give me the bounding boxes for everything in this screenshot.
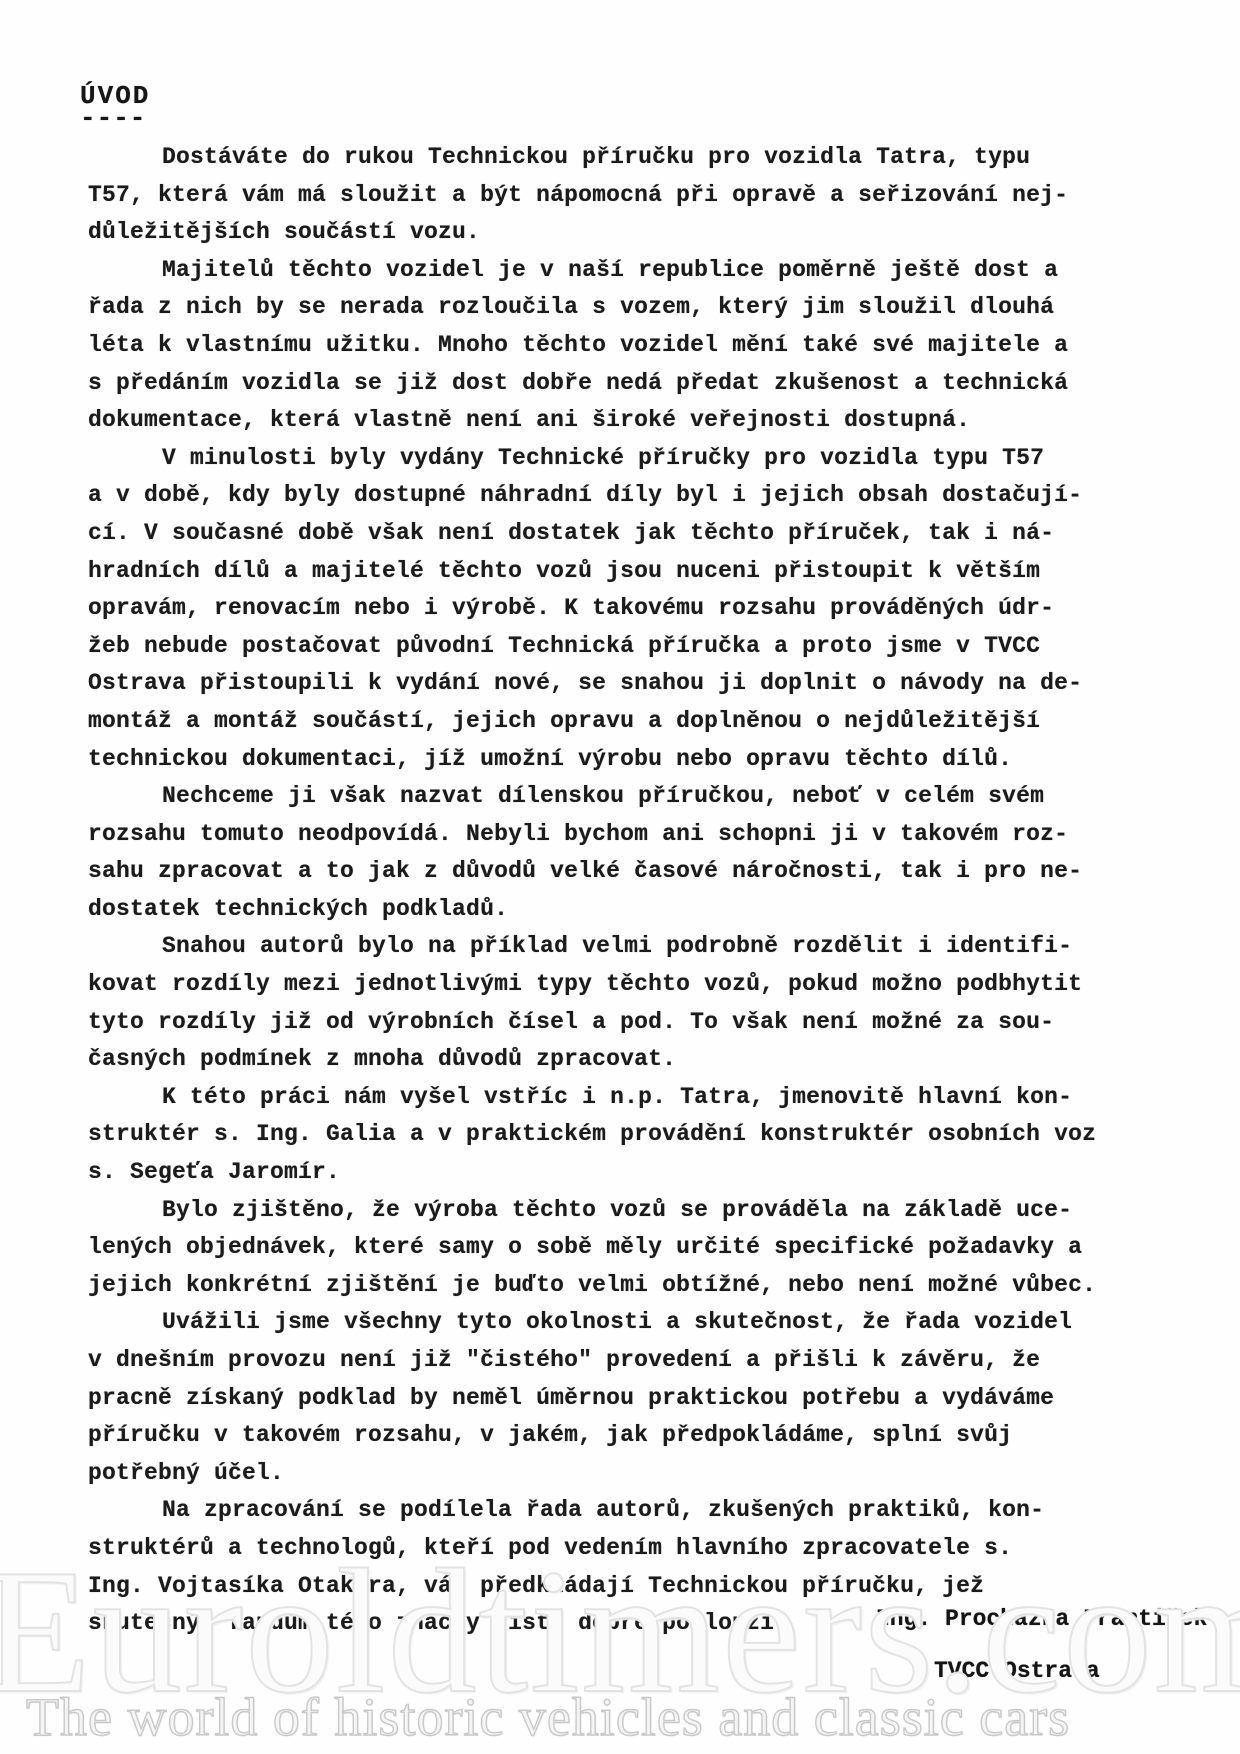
text-line: lených objednávek, které samy o sobě měl… bbox=[88, 1229, 1178, 1267]
text-line: hradních dílů a majitelé těchto vozů jso… bbox=[88, 553, 1178, 591]
text-line: Bylo zjištěno, že výroba těchto vozů se … bbox=[88, 1192, 1178, 1230]
text-line: montáž a montáž součástí, jejich opravu … bbox=[88, 703, 1178, 741]
text-line: Na zpracování se podílela řada autorů, z… bbox=[88, 1492, 1178, 1530]
text-line: s. Segeťa Jaromír. bbox=[88, 1154, 1178, 1192]
text-line: s předáním vozidla se již dost dobře ned… bbox=[88, 365, 1178, 403]
text-line: tyto rozdíly již od výrobních čísel a po… bbox=[88, 1004, 1178, 1042]
text-line: technickou dokumentaci, jíž umožní výrob… bbox=[88, 741, 1178, 779]
text-line: řada z nich by se nerada rozloučila s vo… bbox=[88, 289, 1178, 327]
text-line: Dostáváte do rukou Technickou příručku p… bbox=[88, 139, 1178, 177]
text-line: kovat rozdíly mezi jednotlivými typy těc… bbox=[88, 966, 1178, 1004]
text-line: Majitelů těchto vozidel je v naší republ… bbox=[88, 252, 1178, 290]
text-line: Nechceme ji však nazvat dílenskou příruč… bbox=[88, 778, 1178, 816]
text-line: jejich konkrétní zjištění je buďto velmi… bbox=[88, 1267, 1178, 1305]
text-line: potřebný účel. bbox=[88, 1455, 1178, 1493]
watermark-tagline: The world of historic vehicles and class… bbox=[26, 1686, 1070, 1748]
scanned-document-page: ÚVOD ---- Dostáváte do rukou Technickou … bbox=[0, 0, 1240, 1754]
text-line: časných podmínek z mnoha důvodů zpracova… bbox=[88, 1041, 1178, 1079]
text-line: žeb nebude postačovat původní Technická … bbox=[88, 628, 1178, 666]
text-line: T57, která vám má sloužit a být nápomocn… bbox=[88, 177, 1178, 215]
text-line: Ostrava přistoupili k vydání nové, se sn… bbox=[88, 665, 1178, 703]
text-line: cí. V současné době však není dostatek j… bbox=[88, 515, 1178, 553]
page-heading: ÚVOD ---- bbox=[80, 84, 150, 130]
text-line: sahu zpracovat a to jak z důvodů velké č… bbox=[88, 853, 1178, 891]
text-line: K této práci nám vyšel vstříc i n.p. Tat… bbox=[88, 1079, 1178, 1117]
text-line: v dnešním provozu není již "čistého" pro… bbox=[88, 1342, 1178, 1380]
text-line: dostatek technických podkladů. bbox=[88, 891, 1178, 929]
text-line: Uvážili jsme všechny tyto okolnosti a sk… bbox=[88, 1304, 1178, 1342]
text-line: Snahou autorů bylo na příklad velmi podr… bbox=[88, 928, 1178, 966]
text-line: léta k vlastnímu užitku. Mnoho těchto vo… bbox=[88, 327, 1178, 365]
text-line: důležitějších součástí vozu. bbox=[88, 214, 1178, 252]
text-line: dokumentace, která vlastně není ani širo… bbox=[88, 402, 1178, 440]
text-line: V minulosti byly vydány Technické příruč… bbox=[88, 440, 1178, 478]
document-body: Dostáváte do rukou Technickou příručku p… bbox=[88, 139, 1178, 1643]
text-line: a v době, kdy byly dostupné náhradní díl… bbox=[88, 477, 1178, 515]
text-line: rozsahu tomuto neodpovídá. Nebyli bychom… bbox=[88, 816, 1178, 854]
text-line: příručku v takovém rozsahu, v jakém, jak… bbox=[88, 1417, 1178, 1455]
text-line: opravám, renovacím nebo i výrobě. K tako… bbox=[88, 590, 1178, 628]
text-line: struktér s. Ing. Galia a v praktickém pr… bbox=[88, 1116, 1178, 1154]
text-line: pracně získaný podklad by neměl úměrnou … bbox=[88, 1380, 1178, 1418]
heading-underline: ---- bbox=[80, 106, 150, 130]
